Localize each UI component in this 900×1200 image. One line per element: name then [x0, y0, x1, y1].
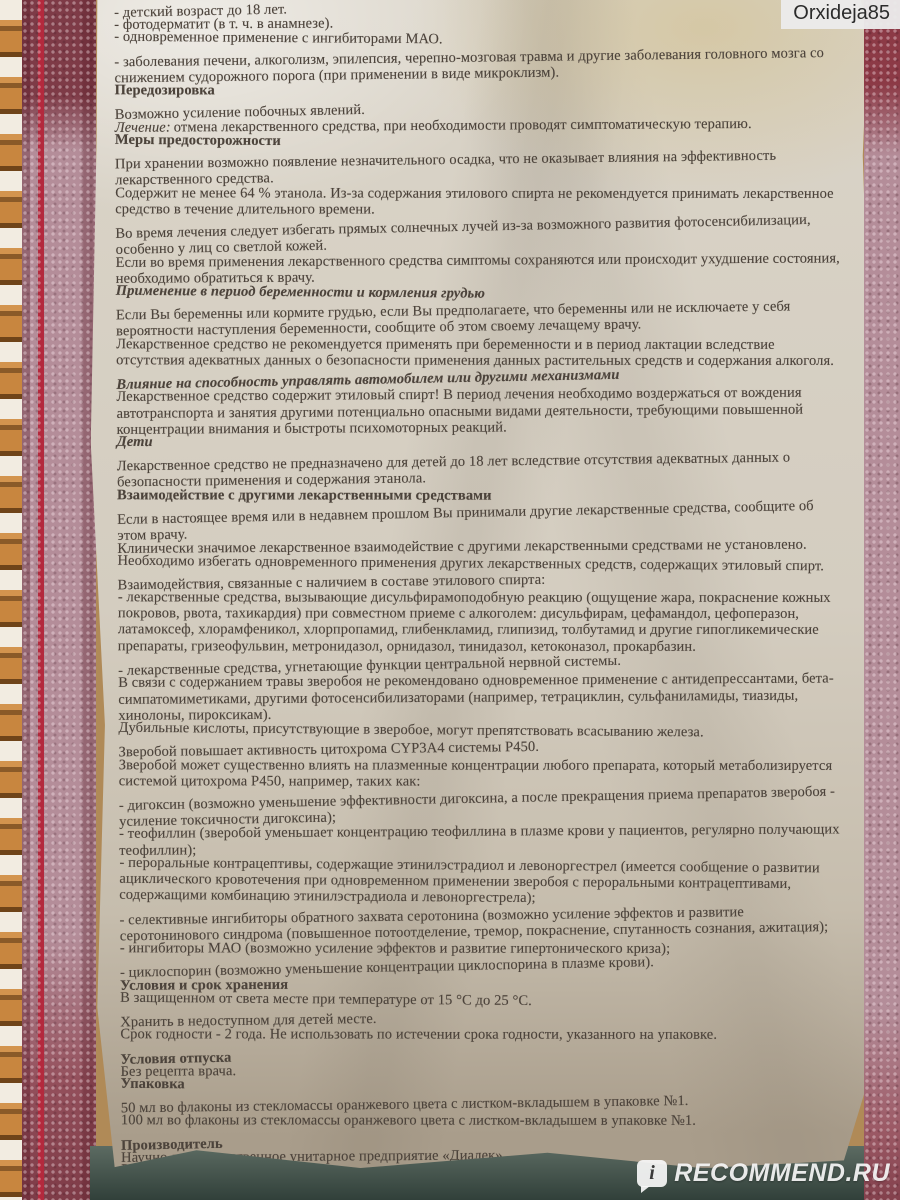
paragraph-text: Содержит не менее 64 % этанола. Из-за со…	[115, 185, 833, 217]
paragraph-text: 100 мл во флаконы из стекломассы оранжев…	[121, 1113, 696, 1130]
paragraph-text: Дети	[117, 434, 153, 450]
leaflet-paragraph: В связи с содержанием травы зверобоя не …	[118, 671, 844, 724]
leaflet-text: - детский возраст до 18 лет. - фотодерма…	[114, 0, 847, 1164]
paragraph-text: Передозировка	[115, 82, 215, 98]
paragraph-text: - лекарственные средства, вызывающие дис…	[118, 589, 831, 654]
paragraph-text: При хранении возможно появление незначит…	[115, 148, 776, 189]
site-name: RECOMMEND.RU	[674, 1159, 890, 1188]
speech-bubble-i-icon: i	[637, 1160, 667, 1187]
leaflet-paragraph: - теофиллин (зверобой уменьшает концентр…	[119, 822, 845, 859]
leaflet-paragraph: При хранении возможно появление незначит…	[115, 147, 841, 189]
leaflet-paragraph: Если Вы беременны или кормите грудью, ес…	[116, 298, 842, 340]
paragraph-text: Меры предосторожности	[115, 132, 281, 149]
paragraph-text: Упаковка	[121, 1076, 185, 1093]
paragraph-text: - пероральные контрацептивы, содержащие …	[119, 855, 820, 907]
leaflet-paper: - детский возраст до 18 лет. - фотодерма…	[88, 0, 875, 1172]
leaflet-paragraph: Если во время применения лекарственного …	[116, 250, 842, 287]
watermark-label: Orxideja85	[781, 0, 900, 29]
paragraph-text: - одновременное применение с ингибиторам…	[114, 29, 443, 48]
mat-fabric-border-right	[864, 0, 900, 1200]
leaflet-paragraph: Лекарственное средство не предназначено …	[117, 449, 843, 491]
paragraph-text: Срок годности - 2 года. Не использовать …	[120, 1027, 717, 1044]
paragraph-text: Лекарственное средство не предназначено …	[117, 450, 791, 491]
paragraph-text: Если Вы беременны или кормите грудью, ес…	[116, 299, 791, 340]
paragraph-text: - селективные ингибиторы обратного захва…	[119, 904, 828, 944]
paragraph-text: - заболевания печени, алкоголизм, эпилеп…	[114, 45, 824, 87]
recommend-logo: i RECOMMEND.RU	[637, 1159, 890, 1188]
leaflet-paragraph: - заболевания печени, алкоголизм, эпилеп…	[114, 45, 840, 87]
paragraph-text: Лекарственное средство содержит этиловый…	[116, 385, 803, 438]
leaflet-paragraph: - пероральные контрацептивы, содержащие …	[119, 855, 845, 909]
paragraph-text: В защищенном от света месте при температ…	[120, 990, 532, 1009]
paragraph-text: В связи с содержанием травы зверобоя не …	[118, 671, 834, 724]
paragraph-text: Взаимодействие с другими лекарственными …	[117, 487, 492, 503]
leaflet-paragraph: Лекарственное средство содержит этиловый…	[116, 385, 842, 438]
mat-fabric-border-left	[22, 0, 96, 1200]
leaflet-paragraph: - лекарственные средства, вызывающие дис…	[118, 589, 844, 655]
paragraph-text: - ингибиторы МАО (возможно усиление эффе…	[120, 940, 670, 956]
paragraph-text: Зверобой может существенно влиять на пла…	[119, 757, 832, 789]
photo-scene: - детский возраст до 18 лет. - фотодерма…	[0, 0, 900, 1200]
paragraph-text: Применение в период беременности и кормл…	[116, 283, 485, 302]
paragraph-text: Если во время применения лекарственного …	[116, 250, 840, 287]
leaflet-paragraph: - селективные ингибиторы обратного захва…	[119, 903, 845, 945]
paragraph-text: - теофиллин (зверобой уменьшает концентр…	[119, 822, 840, 859]
